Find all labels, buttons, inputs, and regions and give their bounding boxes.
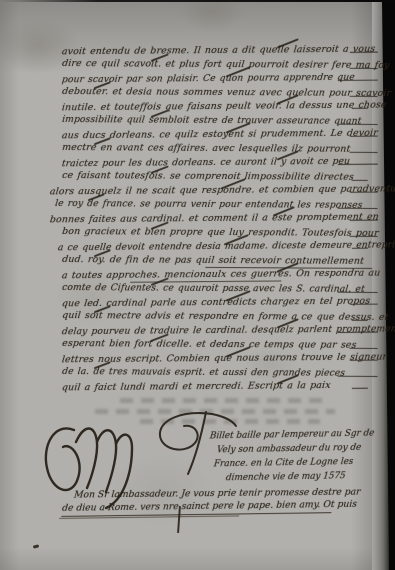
showthrough-line (120, 398, 330, 403)
manuscript-text-block: avoit entendu de bresme. Il nous a dit q… (62, 44, 376, 394)
manuscript-photo: avoit entendu de bresme. Il nous a dit q… (0, 0, 395, 570)
photo-top-edge (0, 0, 395, 2)
manuscript-line: quil a faict lundi mardi et mercredi. Es… (61, 379, 377, 396)
closing-docket: Billet baille par lempereur au Sgr de Ve… (210, 428, 378, 484)
closing-line: dimenche vie de may 1575 (225, 469, 379, 486)
